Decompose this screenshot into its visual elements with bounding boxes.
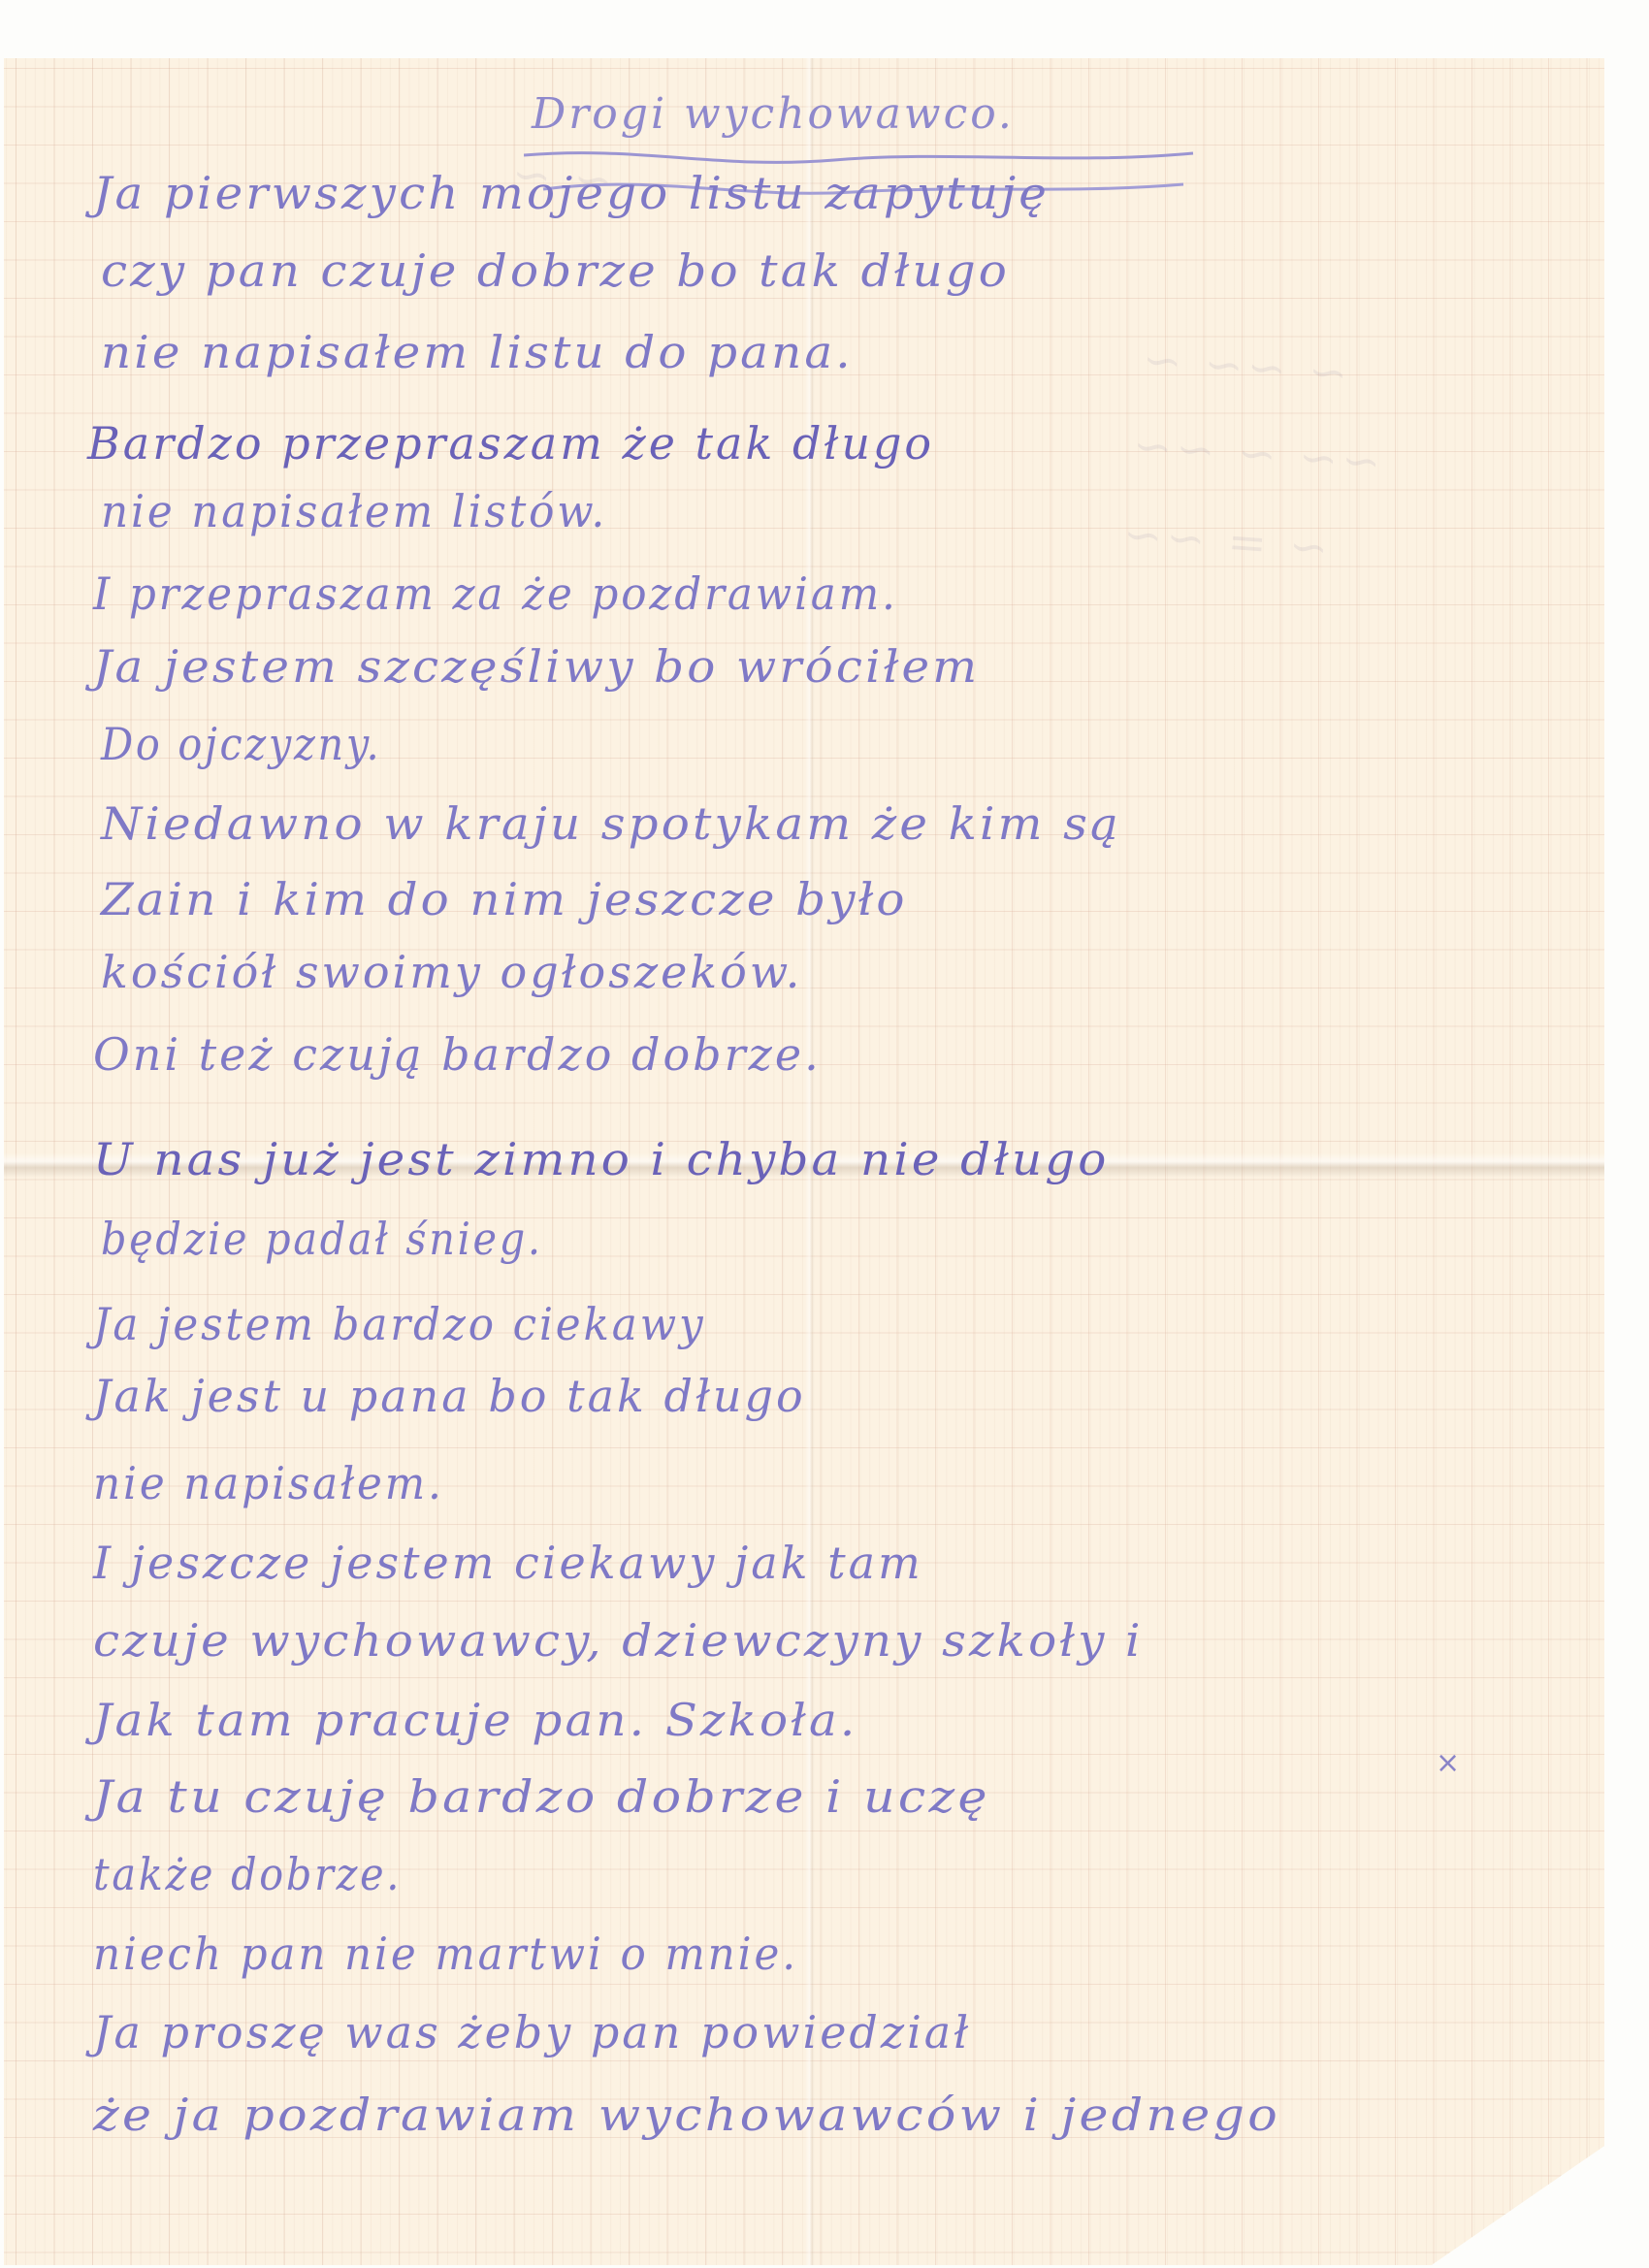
letter-line: Ja jestem bardzo ciekawy xyxy=(93,1298,706,1350)
letter-line: niech pan nie martwi o mnie. xyxy=(93,1928,798,1980)
letter-line: Do ojczyzny. xyxy=(101,718,381,770)
letter-line: nie napisałem listu do pana. xyxy=(101,326,854,378)
letter-salutation: Drogi wychowawco. xyxy=(532,89,1015,139)
letter-line: Ja jestem szczęśliwy bo wróciłem xyxy=(93,640,980,693)
letter-line: czuje wychowawcy, dziewczyny szkoły i xyxy=(93,1614,1144,1667)
margin-mark: × xyxy=(1436,1746,1460,1780)
letter-line: Oni też czują bardzo dobrze. xyxy=(93,1028,822,1081)
letter-line: kościół swoimy ogłoszeków. xyxy=(101,946,802,998)
letter-line: Ja tu czuję bardzo dobrze i uczę xyxy=(93,1770,990,1823)
bleed-through-mark: ~ ~~ ~ xyxy=(1137,333,1349,402)
letter-line: będzie padał śnieg. xyxy=(101,1213,543,1265)
bleed-through-mark: ~~ ~ ~~ xyxy=(1127,418,1382,490)
letter-line: Ja proszę was żeby pan powiedział xyxy=(93,2006,971,2058)
bleed-through-mark: ~ = ~~ xyxy=(1117,507,1330,576)
letter-line: U nas już jest zimno i chyba nie długo xyxy=(93,1133,1110,1185)
letter-line: nie napisałem. xyxy=(93,1457,444,1509)
letter-line: czy pan czuje dobrze bo tak długo xyxy=(101,244,1010,297)
letter-line: nie napisałem listów. xyxy=(101,485,607,537)
letter-line: Jak tam pracuje pan. Szkoła. xyxy=(93,1694,857,1746)
letter-line: że ja pozdrawiam wychowawców i jednego xyxy=(93,2089,1280,2141)
letter-line: Ja pierwszych mojego listu zapytuję xyxy=(93,167,1050,219)
letter-line: Niedawno w kraju spotykam że kim są xyxy=(101,797,1121,850)
letter-line: I przepraszam za że pozdrawiam. xyxy=(93,567,898,620)
letter-line: Jak jest u pana bo tak długo xyxy=(93,1370,806,1422)
letter-line: Zain i kim do nim jeszcze było xyxy=(101,873,908,925)
letter-line: także dobrze. xyxy=(93,1848,402,1900)
letter-line: I jeszcze jestem ciekawy jak tam xyxy=(93,1537,923,1589)
letter-line: Bardzo przepraszam że tak długo xyxy=(87,417,934,470)
